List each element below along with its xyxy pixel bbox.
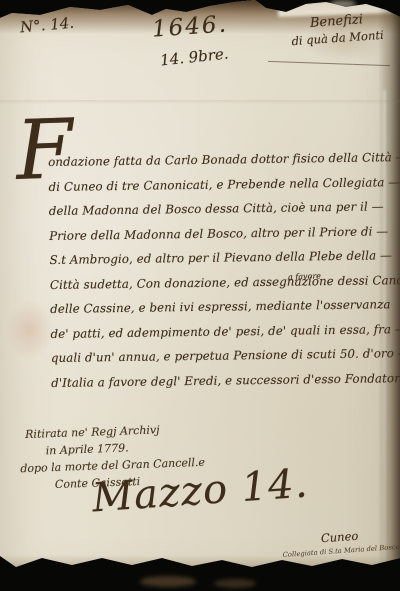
bottom-edge-shadow	[0, 555, 400, 571]
manuscript-page: N°. 14. 1646. 14. 9bre. Benefizi di quà …	[0, 0, 400, 591]
main-text-block: ondazione fatta da Carlo Bonada dottor f…	[48, 145, 396, 395]
date-heading: 14. 9bre.	[159, 44, 229, 69]
ink-stain	[6, 300, 54, 360]
torn-paper-scrap	[214, 579, 256, 588]
torn-paper-scrap	[140, 576, 196, 587]
photo-background: N°. 14. 1646. 14. 9bre. Benefizi di quà …	[0, 0, 400, 591]
body-line: d'Italia a favore degl' Eredi, e success…	[51, 366, 396, 395]
year-heading: 1646.	[151, 11, 228, 42]
interlinear-insertion: a favore	[288, 271, 321, 281]
